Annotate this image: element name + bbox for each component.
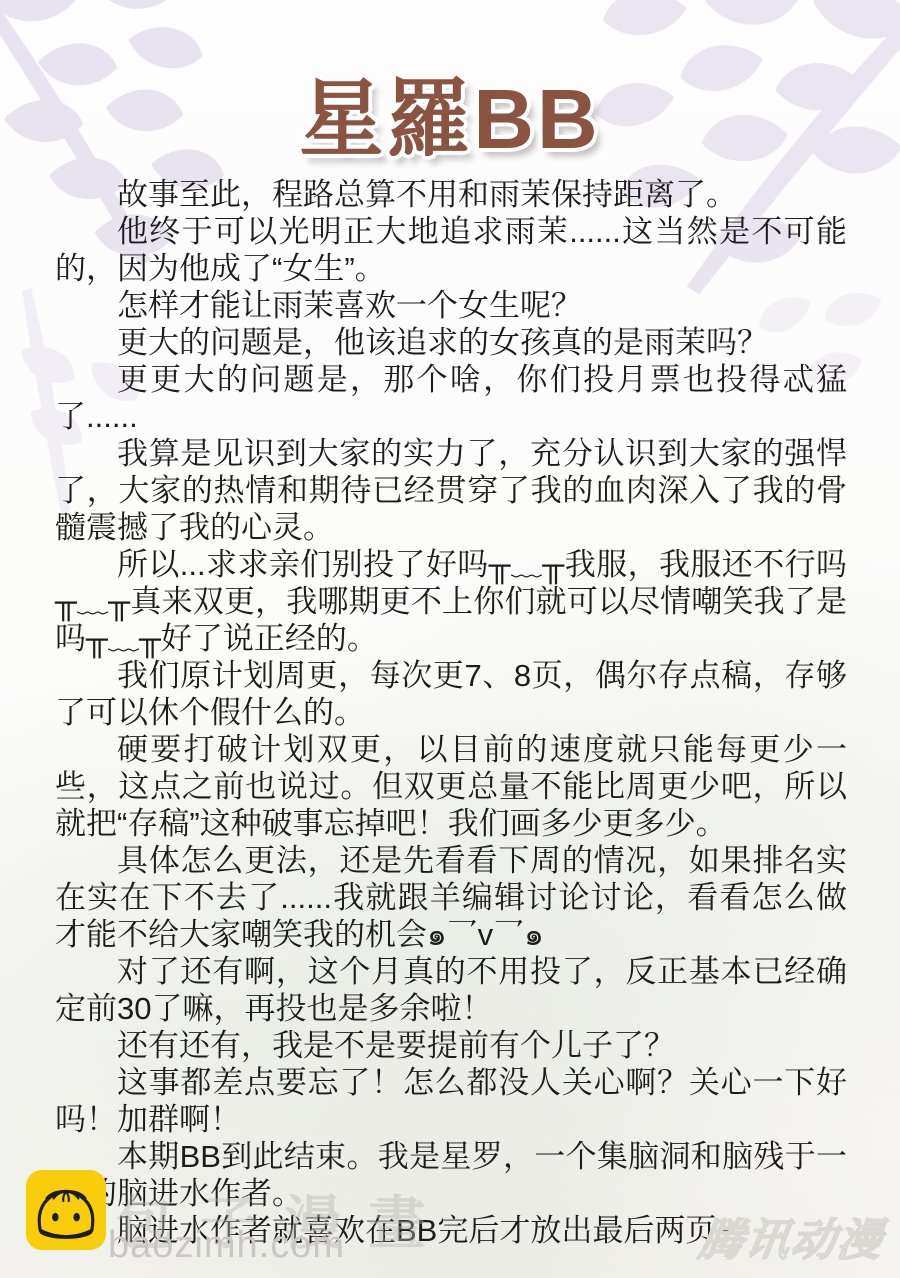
paragraph: 故事至此，程路总算不用和雨茉保持距离了。 xyxy=(55,176,847,213)
paragraph: 这事都差点要忘了！怎么都没人关心啊？关心一下好吗！加群啊！ xyxy=(55,1064,847,1138)
paragraph: 对了还有啊，这个月真的不用投了，反正基本已经确定前30了嘛，再投也是多余啦！ xyxy=(55,953,847,1027)
paragraph: 我们原计划周更，每次更7、8页，偶尔存点稿，存够了可以休个假什么的。 xyxy=(55,657,847,731)
paragraph: 所以...求求亲们别投了好吗╥﹏╥我服，我服还不行吗╥﹏╥真来双更，我哪期更不上… xyxy=(55,546,847,657)
paragraph: 还有还有，我是不是要提前有个儿子了？ xyxy=(55,1027,847,1064)
paragraph: 怎样才能让雨茉喜欢一个女生呢？ xyxy=(55,287,847,324)
tencent-comics-logo: 腾讯动漫 xyxy=(696,1204,889,1268)
paragraph: 更更大的问题是，那个啥，你们投月票也投得忒猛了...... xyxy=(55,361,847,435)
afterword-text: 故事至此，程路总算不用和雨茉保持距离了。 他终于可以光明正大地追求雨茉.....… xyxy=(55,176,847,1249)
paragraph: 更大的问题是，他该追求的女孩真的是雨茉吗？ xyxy=(55,324,847,361)
comic-afterword-page: 星羅BB 故事至此，程路总算不用和雨茉保持距离了。 他终于可以光明正大地追求雨茉… xyxy=(0,0,900,1278)
paragraph: 具体怎么更法，还是先看看下周的情况，如果排名实在实在下不去了......我就跟羊… xyxy=(55,842,847,953)
paragraph: 我算是见识到大家的实力了，充分认识到大家的强悍了，大家的热情和期待已经贯穿了我的… xyxy=(55,435,847,546)
baozi-bun-icon xyxy=(26,1170,106,1250)
page-title: 星羅BB xyxy=(0,52,900,173)
paragraph: 他终于可以光明正大地追求雨茉......这当然是不可能的，因为他成了“女生”。 xyxy=(55,213,847,287)
paragraph: 硬要打破计划双更，以目前的速度就只能每更少一些，这点之前也说过。但双更总量不能比… xyxy=(55,731,847,842)
watermark-site-url: baozimh.com xyxy=(108,1224,345,1267)
